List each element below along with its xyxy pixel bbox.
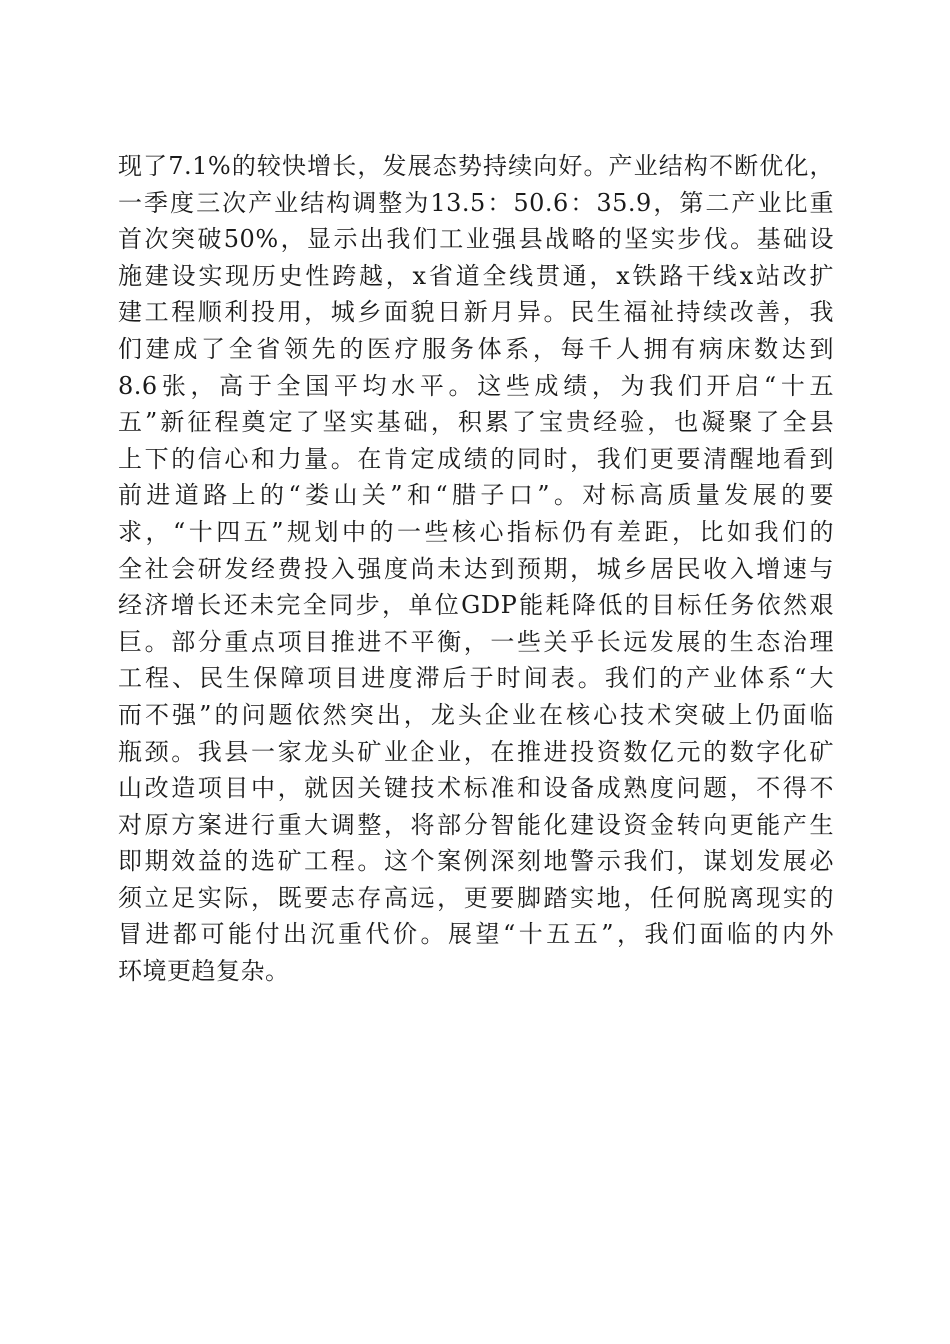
text-line: 而不强”的问题依然突出，龙头企业在核心技术突破上仍面临	[118, 697, 834, 734]
text-line: 经济增长还未完全同步，单位GDP能耗降低的目标任务依然艰	[118, 587, 834, 624]
text-line: 即期效益的选矿工程。这个案例深刻地警示我们，谋划发展必	[118, 843, 834, 880]
text-line: 对原方案进行重大调整，将部分智能化建设资金转向更能产生	[118, 807, 834, 844]
text-line: 五”新征程奠定了坚实基础，积累了宝贵经验，也凝聚了全县	[118, 404, 834, 441]
text-line: 施建设实现历史性跨越，x省道全线贯通，x铁路干线x站改扩	[118, 258, 834, 295]
text-line: 瓶颈。我县一家龙头矿业企业，在推进投资数亿元的数字化矿	[118, 734, 834, 771]
text-line: 环境更趋复杂。	[118, 953, 834, 990]
text-line: 冒进都可能付出沉重代价。展望“十五五”，我们面临的内外	[118, 916, 834, 953]
document-page: 现了7.1%的较快增长，发展态势持续向好。产业结构不断优化， 一季度三次产业结构…	[118, 148, 834, 990]
text-line: 工程、民生保障项目进度滞后于时间表。我们的产业体系“大	[118, 660, 834, 697]
text-line: 巨。部分重点项目推进不平衡，一些关乎长远发展的生态治理	[118, 624, 834, 661]
text-line: 现了7.1%的较快增长，发展态势持续向好。产业结构不断优化，	[118, 148, 834, 185]
text-line: 须立足实际，既要志存高远，更要脚踏实地，任何脱离现实的	[118, 880, 834, 917]
text-line: 一季度三次产业结构调整为13.5：50.6：35.9，第二产业比重	[118, 185, 834, 222]
text-line: 上下的信心和力量。在肯定成绩的同时，我们更要清醒地看到	[118, 441, 834, 478]
text-line: 前进道路上的“娄山关”和“腊子口”。对标高质量发展的要	[118, 477, 834, 514]
text-line: 求，“十四五”规划中的一些核心指标仍有差距，比如我们的	[118, 514, 834, 551]
text-line: 建工程顺利投用，城乡面貌日新月异。民生福祉持续改善，我	[118, 294, 834, 331]
text-line: 山改造项目中，就因关键技术标准和设备成熟度问题，不得不	[118, 770, 834, 807]
text-line: 们建成了全省领先的医疗服务体系，每千人拥有病床数达到	[118, 331, 834, 368]
text-line: 全社会研发经费投入强度尚未达到预期，城乡居民收入增速与	[118, 551, 834, 588]
text-line: 8.6张，高于全国平均水平。这些成绩，为我们开启“十五	[118, 368, 834, 405]
text-line: 首次突破50%，显示出我们工业强县战略的坚实步伐。基础设	[118, 221, 834, 258]
